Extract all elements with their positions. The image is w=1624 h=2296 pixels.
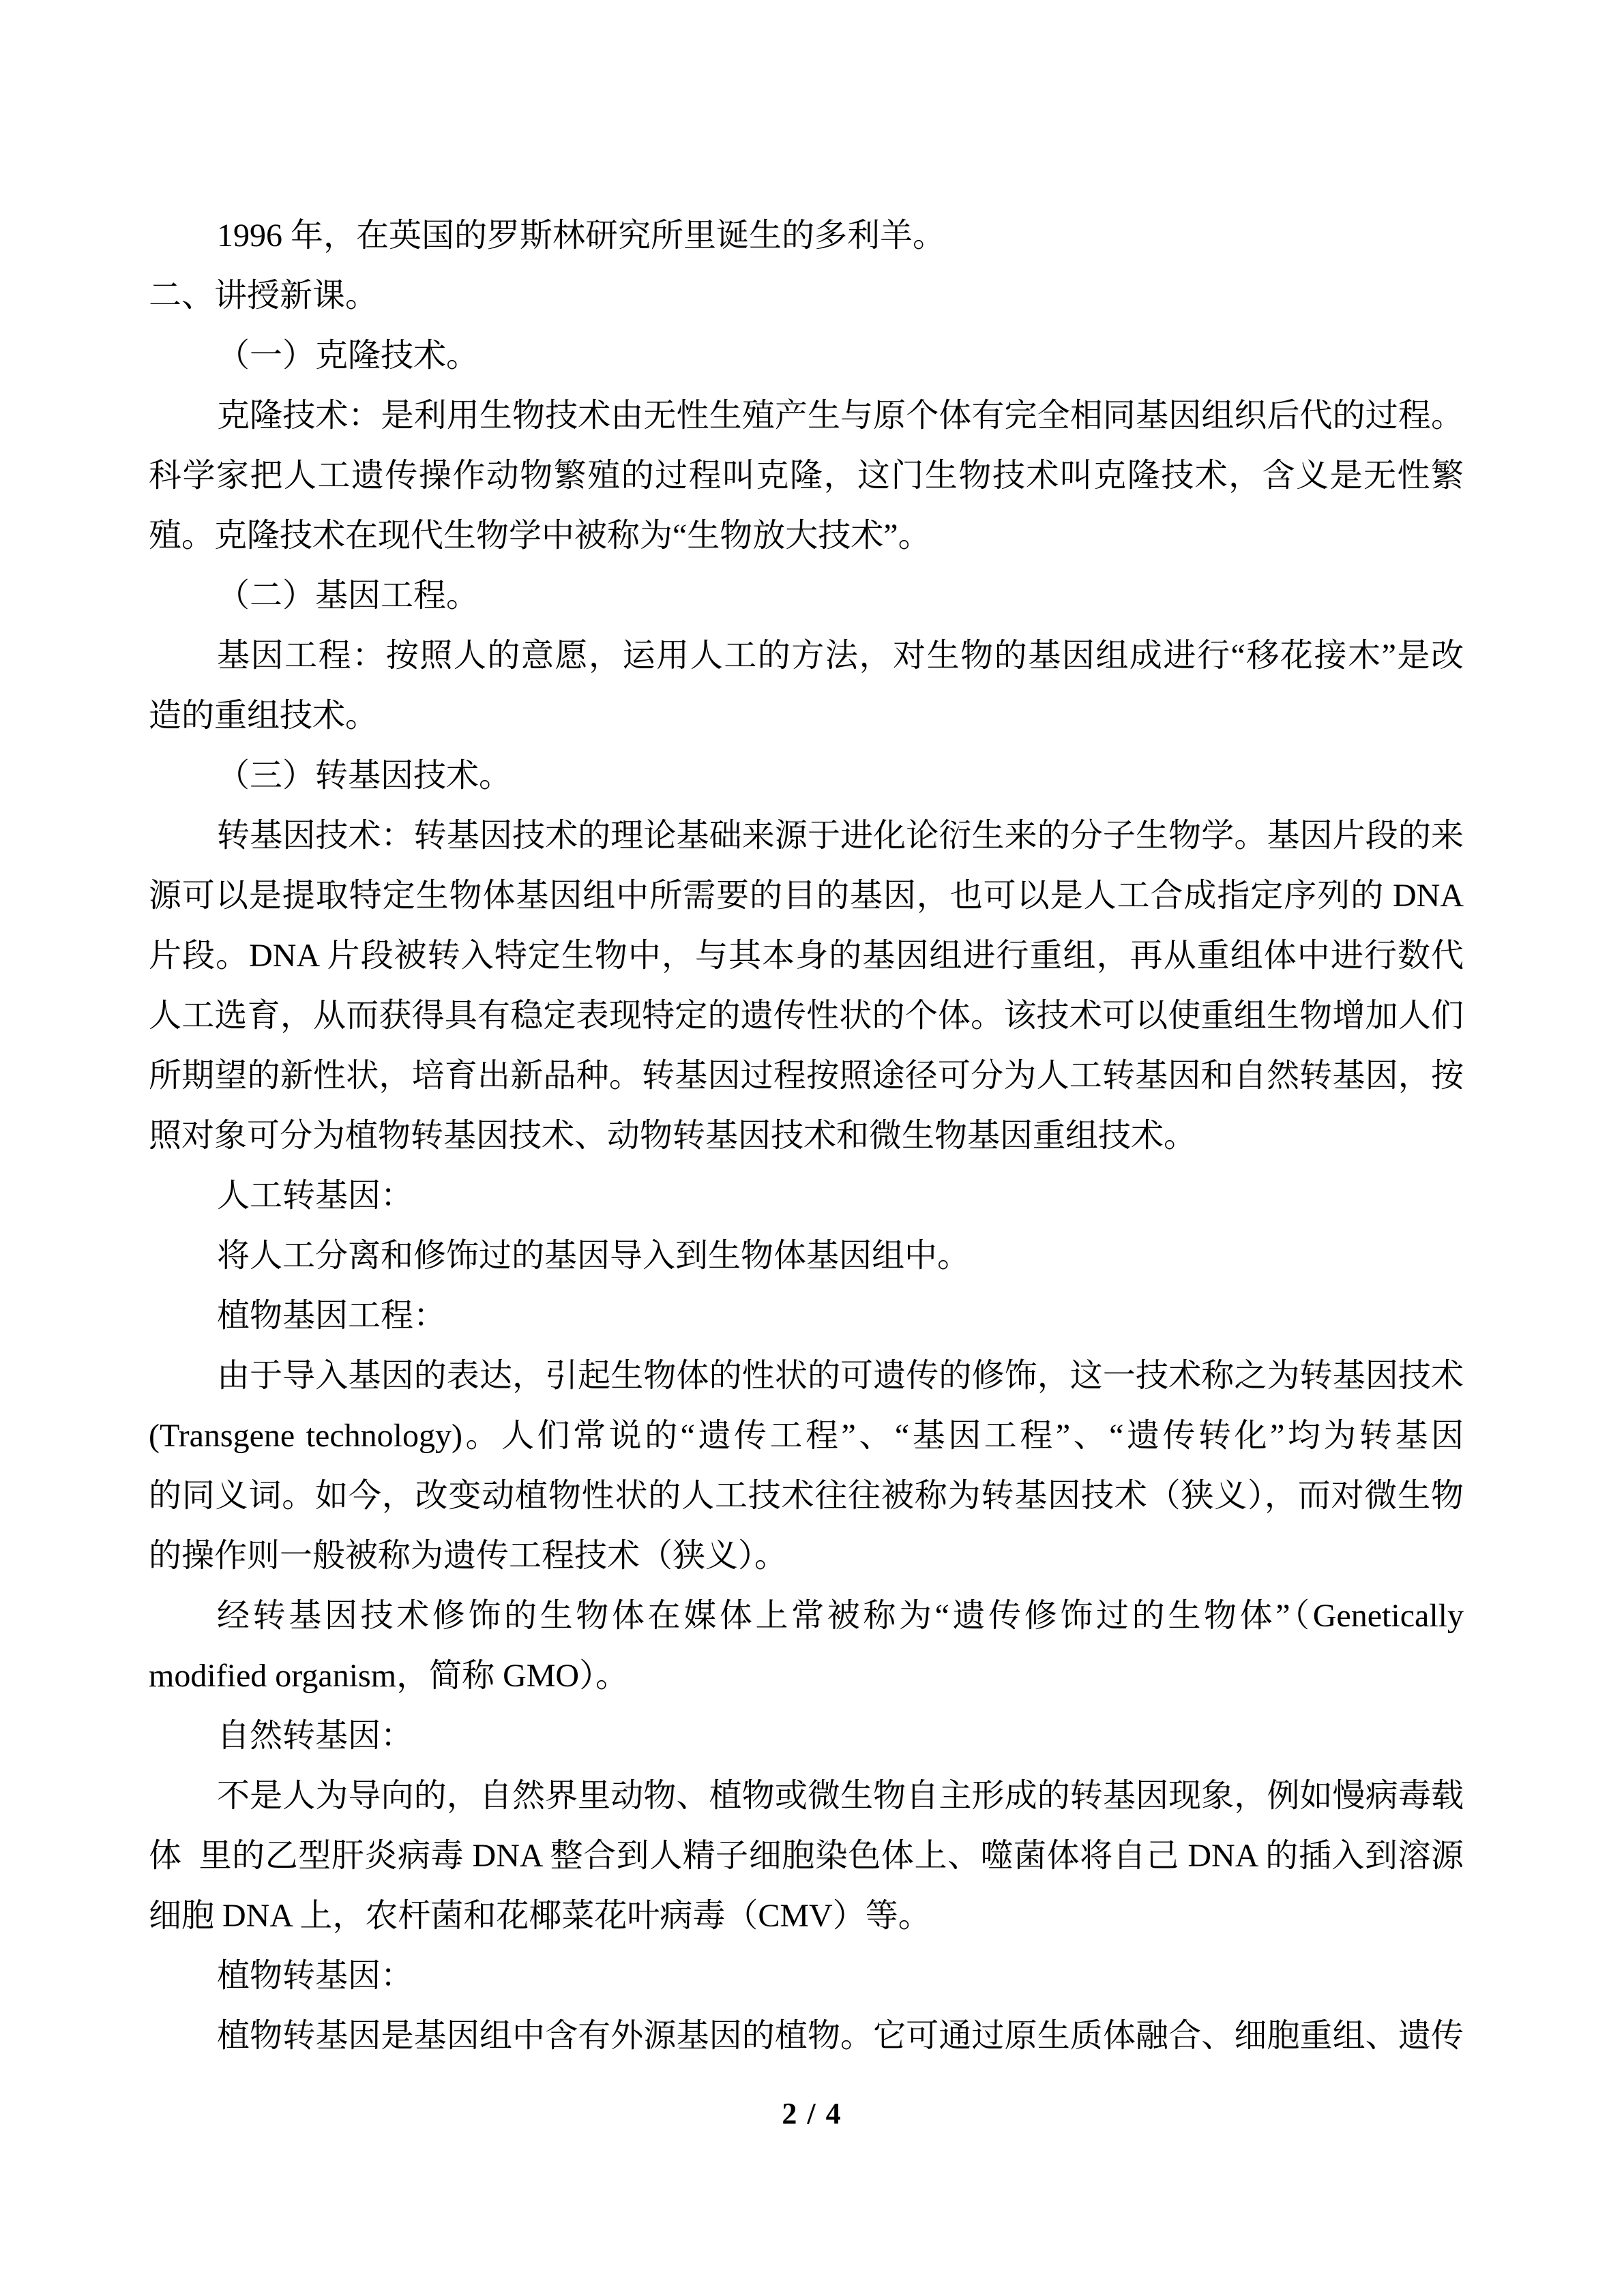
body-text-line: modified organism，简称 GMO）。 <box>149 1646 1464 1706</box>
body-text-line: 经转基因技术修饰的生物体在媒体上常被称为“遗传修饰过的生物体”（Genetica… <box>149 1586 1464 1646</box>
body-text-line: 的操作则一般被称为遗传工程技术（狭义）。 <box>149 1526 1464 1586</box>
body-text-line: 片段。DNA 片段被转入特定生物中，与其本身的基因组进行重组，再从重组体中进行数… <box>149 926 1464 986</box>
term-heading-line: 植物转基因： <box>149 1946 1464 2006</box>
body-text-line: 殖。克隆技术在现代生物学中被称为“生物放大技术”。 <box>149 506 1464 566</box>
body-text-line: 克隆技术：是利用生物技术由无性生殖产生与原个体有完全相同基因组织后代的过程。 <box>149 386 1464 446</box>
body-text-line: 不是人为导向的，自然界里动物、植物或微生物自主形成的转基因现象，例如慢病毒载 <box>149 1766 1464 1826</box>
section-heading-line: 二、讲授新课。 <box>149 266 1464 326</box>
term-heading-line: 植物基因工程： <box>149 1286 1464 1346</box>
body-text-line: 将人工分离和修饰过的基因导入到生物体基因组中。 <box>149 1226 1464 1286</box>
body-text-line: 基因工程：按照人的意愿，运用人工的方法，对生物的基因组成进行“移花接木”是改 <box>149 626 1464 686</box>
body-text-line: 体 里的乙型肝炎病毒 DNA 整合到人精子细胞染色体上、噬菌体将自己 DNA 的… <box>149 1826 1464 1886</box>
body-text-line: 所期望的新性状，培育出新品种。转基因过程按照途径可分为人工转基因和自然转基因，按 <box>149 1046 1464 1106</box>
body-text-line: 的同义词。如今，改变动植物性状的人工技术往往被称为转基因技术（狭义），而对微生物 <box>149 1466 1464 1526</box>
body-text-line: 细胞 DNA 上，农杆菌和花椰菜花叶病毒（CMV）等。 <box>149 1886 1464 1946</box>
subsection-heading-line: （一）克隆技术。 <box>149 326 1464 386</box>
page-footer: 2 / 4 <box>0 2095 1624 2133</box>
body-text-line: 源可以是提取特定生物体基因组中所需要的目的基因，也可以是人工合成指定序列的 DN… <box>149 866 1464 926</box>
body-text-line: 植物转基因是基因组中含有外源基因的植物。它可通过原生质体融合、细胞重组、遗传 <box>149 2006 1464 2066</box>
term-heading-line: 人工转基因： <box>149 1166 1464 1226</box>
document-text-block: 1996 年，在英国的罗斯林研究所里诞生的多利羊。 二、讲授新课。 （一）克隆技… <box>149 206 1464 2066</box>
body-text-line: 转基因技术：转基因技术的理论基础来源于进化论衍生来的分子生物学。基因片段的来 <box>149 806 1464 866</box>
document-page: 1996 年，在英国的罗斯林研究所里诞生的多利羊。 二、讲授新课。 （一）克隆技… <box>0 0 1624 2296</box>
body-text-line: 人工选育，从而获得具有稳定表现特定的遗传性状的个体。该技术可以使重组生物增加人们 <box>149 986 1464 1046</box>
body-text-line: 造的重组技术。 <box>149 686 1464 746</box>
subsection-heading-line: （二）基因工程。 <box>149 566 1464 626</box>
subsection-heading-line: （三）转基因技术。 <box>149 746 1464 806</box>
body-text-line: (Transgene technology)。人们常说的“遗传工程”、“基因工程… <box>149 1406 1464 1466</box>
body-text-line: 1996 年，在英国的罗斯林研究所里诞生的多利羊。 <box>149 206 1464 266</box>
body-text-line: 照对象可分为植物转基因技术、动物转基因技术和微生物基因重组技术。 <box>149 1106 1464 1166</box>
body-text-line: 由于导入基因的表达，引起生物体的性状的可遗传的修饰，这一技术称之为转基因技术 <box>149 1346 1464 1406</box>
term-heading-line: 自然转基因： <box>149 1706 1464 1766</box>
page-number: 2 / 4 <box>782 2095 842 2133</box>
body-text-line: 科学家把人工遗传操作动物繁殖的过程叫克隆，这门生物技术叫克隆技术，含义是无性繁 <box>149 446 1464 506</box>
